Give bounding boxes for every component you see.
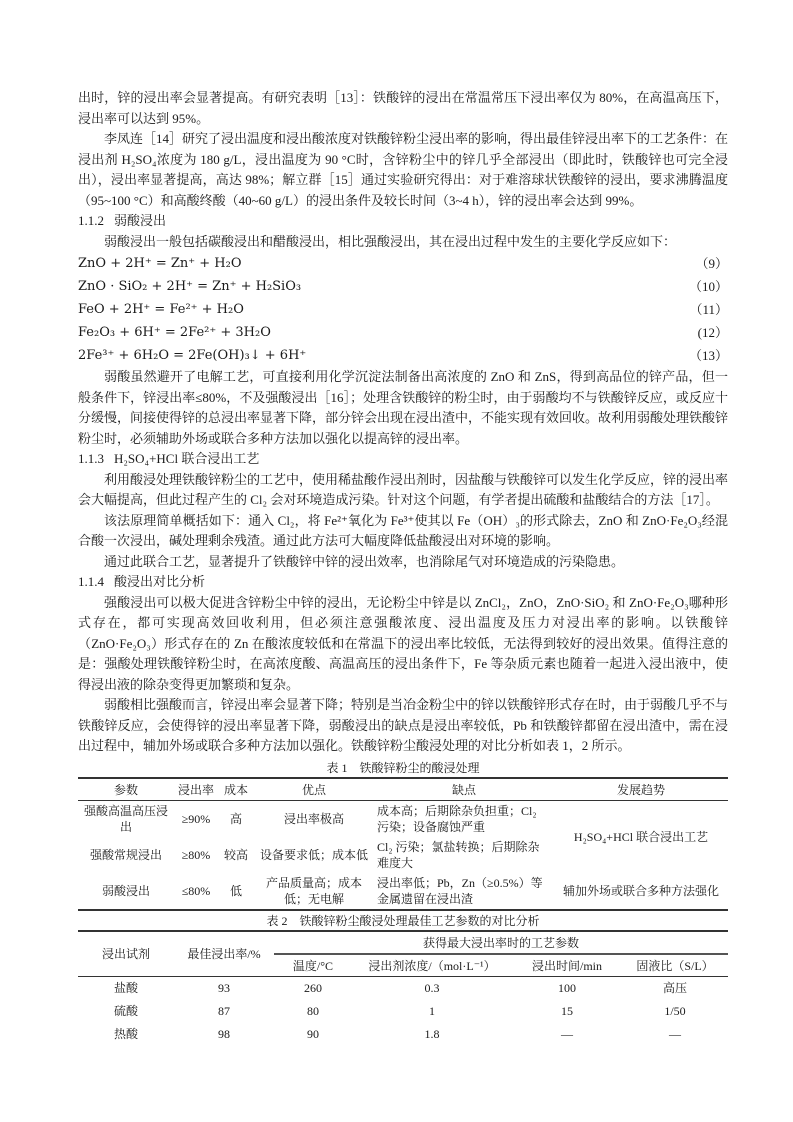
column-header-concentration: 浸出剂浓度/（mol·L⁻¹） <box>352 954 512 977</box>
table-row: 强酸高温高压浸出 ≥90% 高 浸出率极高 成本高；后期除杂负担重；Cl₂ 污染… <box>78 800 728 837</box>
equation-list: ZnO + 2H⁺ = Zn⁺ + H₂O（9） ZnO · SiO₂ + 2H… <box>78 252 728 367</box>
paragraph-leaching-intro: 出时，锌的浸出率会显著提高。有研究表明［13］：铁酸锌的浸出在常温常压下浸出率仅… <box>78 88 728 129</box>
table2-caption: 表 2 铁酸锌粉尘酸浸处理最佳工艺参数的对比分析 <box>78 912 728 930</box>
column-header-reagent: 浸出试剂 <box>78 931 174 977</box>
cell-cons: 成本高；后期除杂负担重；Cl₂ 污染；设备腐蚀严重 <box>374 800 554 837</box>
cell-rate: ≥90% <box>174 800 218 837</box>
cell-pros: 设备要求低；成本低 <box>254 837 374 873</box>
cell-solid-liquid-ratio: 1/50 <box>622 1000 728 1023</box>
cell-trend: 辅加外场或联合多种方法强化 <box>554 873 728 910</box>
cell-trend: H₂SO₄+HCl 联合浸出工艺 <box>554 800 728 873</box>
equation-number: （11） <box>689 298 728 321</box>
paragraph-combined-benefit: 通过此联合工艺，显著提升了铁酸锌中锌的浸出效率，也消除尾气对环境造成的污染隐患。 <box>78 552 728 573</box>
table-acid-leaching-comparison: 参数 浸出率 成本 优点 缺点 发展趋势 强酸高温高压浸出 ≥90% 高 浸出率… <box>78 777 728 911</box>
table-row: 弱酸浸出 ≤80% 低 产品质量高；成本低；无电解 浸出率低；Pb，Zn（≥0.… <box>78 873 728 910</box>
section-number: 1.1.2 <box>78 211 114 232</box>
cell-best-rate: 93 <box>174 976 274 1000</box>
column-header-solid-liquid-ratio: 固液比（S/L） <box>622 954 728 977</box>
column-header: 优点 <box>254 778 374 801</box>
section-number: 1.1.4 <box>78 572 114 593</box>
cell-pros: 浸出率极高 <box>254 800 374 837</box>
equation-number: （13） <box>689 344 728 367</box>
paragraph-weak-acid-reactions: 弱酸浸出一般包括碳酸浸出和醋酸浸出，相比强酸浸出，其在浸出过程中发生的主要化学反… <box>78 232 728 253</box>
equation-9: ZnO + 2H⁺ = Zn⁺ + H₂O（9） <box>78 252 728 275</box>
equation-text: ZnO + 2H⁺ = Zn⁺ + H₂O <box>78 252 241 275</box>
column-header: 参数 <box>78 778 174 801</box>
equation-number: （9） <box>695 252 728 275</box>
paragraph-strong-acid: 强酸浸出可以极大促进含锌粉尘中锌的浸出，无论粉尘中锌是以 ZnCl₂，ZnO，Z… <box>78 593 728 696</box>
paragraph-method-principle: 该法原理简单概括如下：通入 Cl₂，将 Fe²⁺氧化为 Fe³⁺使其以 Fe（O… <box>78 511 728 552</box>
column-header: 成本 <box>218 778 254 801</box>
cell-concentration: 0.3 <box>352 976 512 1000</box>
cell-param: 强酸高温高压浸出 <box>78 800 174 837</box>
section-number: 1.1.3 <box>78 449 114 470</box>
cell-time: 100 <box>512 976 622 1000</box>
equation-text: 2Fe³⁺ + 6H₂O = 2Fe(OH)₃↓ + 6H⁺ <box>78 344 306 367</box>
column-header-time: 浸出时间/min <box>512 954 622 977</box>
cell-reagent: 硫酸 <box>78 1000 174 1023</box>
cell-reagent: 盐酸 <box>78 976 174 1000</box>
column-header-best-rate: 最佳浸出率/% <box>174 931 274 977</box>
table-row: 硫酸 87 80 1 15 1/50 <box>78 1000 728 1023</box>
equation-13: 2Fe³⁺ + 6H₂O = 2Fe(OH)₃↓ + 6H⁺（13） <box>78 344 728 367</box>
cell-time: 15 <box>512 1000 622 1023</box>
cell-cost: 较高 <box>218 837 254 873</box>
column-header: 缺点 <box>374 778 554 801</box>
table-header-row: 浸出试剂 最佳浸出率/% 获得最大浸出率时的工艺参数 <box>78 931 728 954</box>
cell-pros: 产品质量高；成本低；无电解 <box>254 873 374 910</box>
table-optimal-parameters: 浸出试剂 最佳浸出率/% 获得最大浸出率时的工艺参数 温度/°C 浸出剂浓度/（… <box>78 930 728 1046</box>
paragraph-weak-acid-analysis: 弱酸虽然避开了电解工艺，可直接利用化学沉淀法制备出高浓度的 ZnO 和 ZnS，… <box>78 367 728 449</box>
column-header: 浸出率 <box>174 778 218 801</box>
section-heading-1-1-3: 1.1.3H₂SO₄+HCl 联合浸出工艺 <box>78 449 728 470</box>
table-row: 热酸 98 90 1.8 — — <box>78 1023 728 1046</box>
cell-best-rate: 87 <box>174 1000 274 1023</box>
equation-text: ZnO · SiO₂ + 2H⁺ = Zn⁺ + H₂SiO₃ <box>78 275 301 298</box>
cell-param: 弱酸浸出 <box>78 873 174 910</box>
cell-temperature: 80 <box>274 1000 352 1023</box>
cell-param: 强酸常规浸出 <box>78 837 174 873</box>
table-row: 盐酸 93 260 0.3 100 高压 <box>78 976 728 1000</box>
document-page: 出时，锌的浸出率会显著提高。有研究表明［13］：铁酸锌的浸出在常温常压下浸出率仅… <box>78 88 728 1046</box>
paragraph-weak-vs-strong: 弱酸相比强酸而言，锌浸出率会显著下降；特别是当冶金粉尘中的锌以铁酸锌形式存在时，… <box>78 695 728 757</box>
paragraph-li-fenglian: 李凤连［14］研究了浸出温度和浸出酸浓度对铁酸锌粉尘浸出率的影响，得出最佳锌浸出… <box>78 129 728 211</box>
cell-solid-liquid-ratio: 高压 <box>622 976 728 1000</box>
cell-solid-liquid-ratio: — <box>622 1023 728 1046</box>
column-header-temperature: 温度/°C <box>274 954 352 977</box>
equation-10: ZnO · SiO₂ + 2H⁺ = Zn⁺ + H₂SiO₃（10） <box>78 275 728 298</box>
cell-temperature: 90 <box>274 1023 352 1046</box>
equation-text: Fe₂O₃ + 6H⁺ = 2Fe²⁺ + 3H₂O <box>78 321 271 344</box>
paragraph-combined-process: 利用酸浸处理铁酸锌粉尘的工艺中，使用稀盐酸作浸出剂时，因盐酸与铁酸锌可以发生化学… <box>78 470 728 511</box>
cell-cons: 浸出率低；Pb，Zn（≥0.5%）等金属遗留在浸出渣 <box>374 873 554 910</box>
section-title: H₂SO₄+HCl 联合浸出工艺 <box>114 451 259 466</box>
table1-caption: 表 1 铁酸锌粉尘的酸浸处理 <box>78 759 728 777</box>
equation-12: Fe₂O₃ + 6H⁺ = 2Fe²⁺ + 3H₂O(12） <box>78 321 728 344</box>
cell-rate: ≤80% <box>174 873 218 910</box>
section-title: 酸浸出对比分析 <box>114 574 205 589</box>
equation-number: （10） <box>689 275 728 298</box>
cell-temperature: 260 <box>274 976 352 1000</box>
cell-concentration: 1 <box>352 1000 512 1023</box>
equation-number: (12） <box>698 321 728 344</box>
cell-reagent: 热酸 <box>78 1023 174 1046</box>
cell-concentration: 1.8 <box>352 1023 512 1046</box>
section-heading-1-1-4: 1.1.4酸浸出对比分析 <box>78 572 728 593</box>
column-group-header: 获得最大浸出率时的工艺参数 <box>274 931 728 954</box>
cell-cost: 高 <box>218 800 254 837</box>
section-title: 弱酸浸出 <box>114 213 166 228</box>
column-header: 发展趋势 <box>554 778 728 801</box>
cell-best-rate: 98 <box>174 1023 274 1046</box>
cell-rate: ≥80% <box>174 837 218 873</box>
equation-text: FeO + 2H⁺ = Fe²⁺ + H₂O <box>78 298 244 321</box>
section-heading-1-1-2: 1.1.2弱酸浸出 <box>78 211 728 232</box>
equation-11: FeO + 2H⁺ = Fe²⁺ + H₂O（11） <box>78 298 728 321</box>
table-header-row: 参数 浸出率 成本 优点 缺点 发展趋势 <box>78 778 728 801</box>
cell-cost: 低 <box>218 873 254 910</box>
cell-cons: Cl₂ 污染；氯盐转换；后期除杂难度大 <box>374 837 554 873</box>
cell-time: — <box>512 1023 622 1046</box>
